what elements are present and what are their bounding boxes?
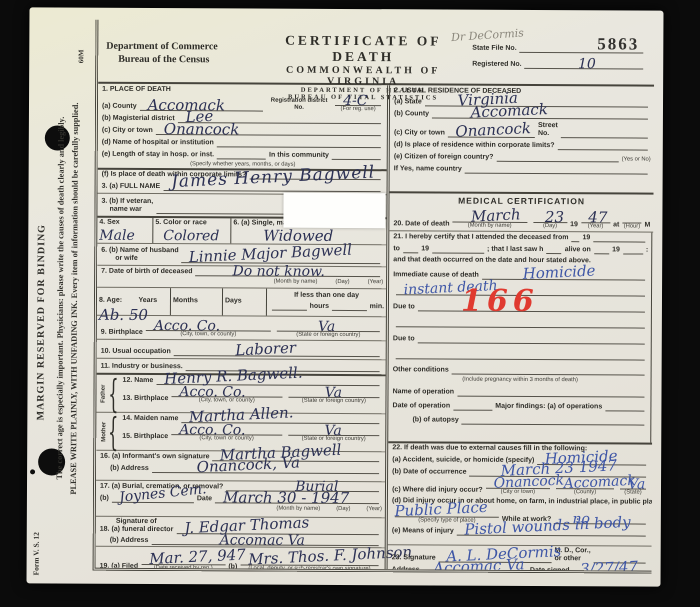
- dob-day-note: (Day): [335, 279, 349, 285]
- section-21: 166 21. I hereby certify that I attended…: [388, 231, 653, 444]
- to-line: [403, 244, 418, 253]
- residence-corporate-line: [558, 141, 648, 150]
- name-country-label: If Yes, name country: [394, 165, 462, 173]
- days-label: Days: [225, 297, 242, 304]
- file-number-block: Dr DeCormis State File No. 5863 Register…: [472, 34, 650, 77]
- birthplace-label: 9. Birthplace: [101, 329, 143, 337]
- certifier-addr-line: Accomac Va: [423, 566, 527, 571]
- means-line: Pistol wounds in body: [457, 527, 646, 537]
- ink-dot: [30, 469, 35, 474]
- age-less-field: If less than one day hours min.: [267, 289, 386, 317]
- name-country-row: If Yes, name country: [390, 163, 654, 176]
- city-label: (c) City or town: [102, 127, 153, 135]
- filed-row: 19. (a) Filed Mar. 27, 947 (Date receive…: [96, 547, 385, 571]
- father-birthplace-row: 13. Birthplace Acco. Co. (City, town, or…: [118, 387, 385, 406]
- father-bp-city-stack: Acco. Co. (City, town, or county): [168, 388, 285, 404]
- min-label: min.: [370, 303, 384, 311]
- due-blank-line2: [396, 350, 645, 360]
- birthplace-value: Acco. Co.: [154, 319, 220, 333]
- occupation-row: 10. Usual occupation Laborer: [97, 340, 386, 361]
- date-of-death-row: 20. Date of death March (Month by name) …: [389, 205, 653, 232]
- county-label: (a) County: [102, 103, 137, 111]
- father-label: Father: [101, 384, 107, 402]
- injury-state-stack: Va (State): [617, 480, 649, 495]
- death-month-stack: March (Month by name): [449, 214, 530, 229]
- street-label1: Street: [538, 122, 558, 130]
- margin-instructions-line2: The correct age is especially important.…: [55, 25, 67, 570]
- street-label2: No.: [538, 130, 549, 138]
- residence-city-row: (c) City or town Onancock Street No.: [390, 120, 654, 140]
- residence-city-line: Onancock: [448, 129, 535, 138]
- age-months-field: Months: [171, 288, 223, 315]
- informant-address-row: (b) Address Onancock, Va: [96, 463, 385, 477]
- hours-min-row: hours min.: [269, 300, 384, 312]
- op-date-label: Date of operation: [393, 402, 451, 410]
- registrar-line: Mrs. Thos. F. Johnson: [240, 556, 378, 566]
- burial-place-line: Joynes Cem.: [112, 494, 194, 503]
- due-blank-row2: [389, 349, 651, 362]
- min-line: [332, 302, 367, 311]
- injury-place-line: Public Place: [395, 508, 499, 518]
- father-bp-state: Va: [325, 386, 342, 400]
- informant-block: 16. (a) Informant's own signature Martha…: [96, 451, 385, 483]
- occupation-line: Laborer: [174, 347, 380, 357]
- scanned-death-certificate: 60M MARGIN RESERVED FOR BINDING PLEASE W…: [0, 0, 700, 607]
- birthplace-city-stack: Acco. Co. (City, town, or county): [143, 322, 274, 338]
- injury-county-line: Accomack: [556, 480, 614, 489]
- burial-year-note: (Year): [366, 506, 382, 512]
- burial-date-value: March 30 - 1947: [223, 490, 349, 506]
- city-value: Onancock: [164, 122, 240, 137]
- street-line: [561, 129, 648, 138]
- certify2-nineteen: 19: [421, 245, 429, 253]
- certify-line1-blank: [571, 233, 579, 242]
- informant-addr-value: Onancock, Va: [196, 455, 300, 475]
- dob-row: 7. Date of birth of deceased Do not know…: [97, 266, 386, 290]
- state-file-number: 5863: [597, 34, 639, 54]
- mother-bp-state-stack: Va (State or foreign country): [285, 427, 382, 443]
- residence-county-value: Accomack: [470, 102, 548, 121]
- death-year-stack: 47 (Year): [578, 214, 613, 229]
- age-years-field: 8. Age: Years Ab. 50: [97, 288, 171, 315]
- death-day-value: 23: [545, 210, 564, 225]
- injury-where-label: (c) Where did injury occur?: [392, 486, 483, 495]
- due-to-label2: Due to: [393, 335, 415, 343]
- injury-state-line: Va: [620, 480, 646, 489]
- funeral-addr-label: (b) Address: [100, 537, 149, 545]
- findings-line: [605, 402, 644, 411]
- certify3-year-line: [623, 245, 643, 254]
- dob-line: Do not know.: [196, 267, 381, 277]
- sex-field: 4. Sex Male: [97, 218, 153, 243]
- op-name-label: Name of operation: [393, 388, 454, 396]
- filed-date-line: Mar. 27, 947: [141, 556, 225, 565]
- community-line: [332, 151, 381, 160]
- residence-state-label: (a) State: [394, 98, 422, 106]
- name-country-line: [465, 165, 648, 175]
- months-label: Months: [173, 297, 198, 304]
- county-of-death-row: (a) County Accomack Registration distric…: [98, 95, 387, 115]
- death-hour-note: (Hour): [624, 223, 640, 229]
- death-hour-line: [622, 214, 641, 223]
- op-date-row: Date of operation Major findings: (a) of…: [389, 400, 651, 413]
- death-hour-stack: (Hour): [619, 214, 644, 229]
- sex-label: 4. Sex: [99, 219, 150, 227]
- death-month-line: March: [453, 214, 527, 223]
- birthplace-state-line: Va: [277, 323, 380, 333]
- residence-county-line: Accomack: [432, 110, 648, 120]
- certificate-title: CERTIFICATE OF DEATH: [254, 33, 472, 66]
- due-to-label1: Due to: [393, 303, 415, 311]
- findings-label: Major findings: (a) of operations: [495, 403, 602, 412]
- funeral-sig-label2: 18. (a) funeral director: [100, 526, 174, 534]
- age-value: Ab. 50: [99, 308, 148, 323]
- injury-city-stack: Onancock (City or town): [483, 480, 553, 495]
- immediate-cause-line: Homicide: [482, 271, 645, 281]
- father-side: Father {: [96, 375, 118, 412]
- burial-b-label: (b): [100, 495, 109, 503]
- dob-value: Do not know.: [232, 264, 324, 278]
- autopsy-line: [462, 416, 645, 426]
- op-name-row: Name of operation: [389, 386, 651, 399]
- autopsy-label: (b) of autopsy: [392, 416, 458, 424]
- mother-bp-line: Acco. Co.: [171, 426, 282, 436]
- registered-no-line: 10: [525, 60, 644, 70]
- hospital-line: [217, 138, 381, 148]
- birthplace-line: Acco. Co.: [146, 322, 271, 332]
- registration-district: Registration district No.: [266, 98, 332, 112]
- section21-main: 166 21. I hereby certify that I attended…: [388, 231, 651, 442]
- filed-b-label: (b): [228, 563, 237, 570]
- mother-name-label: 14. Maiden name: [122, 415, 178, 423]
- residence-city-label: (c) City or town: [394, 129, 445, 137]
- community-label: In this community: [269, 152, 329, 160]
- autopsy-row: (b) of autopsy: [388, 414, 650, 427]
- death-year-value: 47: [588, 210, 607, 225]
- date-signed-line: 3/27/47: [573, 566, 646, 570]
- father-name-label: 12. Name: [123, 377, 154, 385]
- registered-no-value: 10: [578, 57, 596, 71]
- injury-place-value: Public Place: [394, 500, 488, 519]
- filed-date-stack: Mar. 27, 947 (Date received by reg.): [138, 556, 228, 571]
- certifier-addr-label: Address: [392, 566, 420, 570]
- mother-birthplace-row: 15. Birthplace Acco. Co. (City, town or …: [118, 425, 385, 444]
- father-bp-value: Acco. Co.: [179, 385, 245, 399]
- hours-line: [272, 302, 307, 311]
- cause-code-166: 166: [461, 284, 539, 319]
- residence-county-label: (b) County: [394, 110, 429, 118]
- last-saw-line: [546, 245, 561, 254]
- certify-row3: and that death occurred on the date and …: [389, 255, 651, 267]
- veteran-label1: 3. (b) If veteran,: [101, 198, 153, 206]
- funeral-addr-line: Accomac Va: [151, 536, 379, 546]
- veteran-label2: name war: [101, 206, 141, 214]
- citizen-note: (Yes or No): [622, 157, 651, 163]
- dept-line1: Department of Commerce: [106, 40, 254, 54]
- colon: :: [646, 247, 648, 255]
- birthplace-state-stack: Va (State or foreign country): [274, 323, 383, 339]
- alive-on-label: alive on: [565, 246, 591, 254]
- margin-instructions-line1: PLEASE WRITE PLAINLY, WITH UNFADING INK.…: [69, 26, 81, 571]
- death-day-line: 23: [533, 214, 567, 223]
- due-to-line2: [418, 334, 645, 344]
- mother-brace: {: [108, 408, 118, 454]
- other-conditions-label: Other conditions: [393, 366, 449, 374]
- right-column: 2. USUAL RESIDENCE OF DECEASED (a) State…: [385, 85, 654, 570]
- pencil-annotation: Dr DeCormis: [451, 27, 527, 81]
- registrar-stack: Mrs. Thos. F. Johnson (Local, deputy, or…: [237, 556, 381, 570]
- m-label: M: [644, 222, 650, 230]
- district-label: Registration district No.: [266, 98, 332, 112]
- spouse-value: Linnie Major Bagwell: [189, 243, 353, 266]
- certify1-nineteen: 19: [582, 234, 590, 242]
- age-row: 8. Age: Years Ab. 50 Months Days If less…: [97, 288, 386, 318]
- certify3-nineteen: 19: [612, 246, 620, 254]
- sex-value: Male: [99, 229, 135, 243]
- burial-date-line: March 30 - 1947: [215, 494, 379, 504]
- birthplace-state: Va: [318, 320, 335, 334]
- father-bp-state-stack: Va (State or foreign country): [285, 389, 382, 405]
- mother-side: Mother {: [96, 413, 118, 450]
- filed-label: 19. (a) Filed: [100, 563, 139, 571]
- full-name-label: 3. (a) FULL NAME: [102, 183, 161, 191]
- certify-line1: 21. I hereby certify that I attended the…: [393, 233, 568, 242]
- binding-margin: 60M MARGIN RESERVED FOR BINDING PLEASE W…: [26, 7, 95, 583]
- stay-label: (e) Length of stay in hosp. or inst.: [102, 151, 214, 160]
- informant-addr-label: (b) Address: [100, 465, 149, 473]
- state-file-line: 5863: [520, 44, 644, 54]
- age-label: 8. Age:: [99, 297, 122, 304]
- dob-label: 7. Date of birth of deceased: [101, 268, 192, 277]
- date-of-death-label: 20. Date of death: [393, 220, 449, 228]
- injury-state-value: Va: [628, 478, 645, 492]
- father-bp-label: 13. Birthplace: [122, 395, 168, 403]
- dob-year-note: (Year): [368, 279, 384, 285]
- mother-bp-value: Acco. Co.: [179, 423, 245, 437]
- funeral-director-block: Signature of 18. (a) funeral director J.…: [96, 517, 385, 549]
- death-year-line: 47: [581, 214, 610, 223]
- mother-bp-label: 15. Birthplace: [122, 433, 168, 441]
- other-conditions-note: (Include pregnancy within 3 months of de…: [462, 377, 578, 384]
- occurrence-date-label: (b) Date of occurrence: [392, 468, 466, 476]
- to-label: to: [393, 245, 400, 253]
- means-label: (e) Means of injury: [392, 527, 454, 535]
- occupation-label: 10. Usual occupation: [101, 348, 171, 356]
- hospital-label: (d) Name of hospital or institution: [102, 139, 214, 148]
- redaction-box: [283, 193, 385, 229]
- mother-bp-city-stack: Acco. Co. (City, town or county): [168, 426, 285, 442]
- less-than-day-label: If less than one day: [269, 290, 384, 301]
- form-number: Form V. S. 12: [32, 495, 41, 575]
- father-bp-line: Acco. Co.: [171, 388, 282, 398]
- citizen-line: [496, 153, 618, 163]
- left-column: 1. PLACE OF DEATH (a) County Accomack Re…: [96, 84, 388, 570]
- residence-corporate-label: (d) Is place of residence within corpora…: [394, 141, 555, 150]
- stay-line: [217, 150, 266, 159]
- other-conditions-line: [452, 366, 645, 376]
- certify2-year-line: [432, 244, 484, 253]
- last-saw-label: ; that I last saw h: [487, 246, 543, 254]
- veteran-label-stack: 3. (b) If veteran, name war: [101, 198, 153, 214]
- burial-block: 17. (a) Burial, cremation, or removal? B…: [96, 481, 385, 519]
- year-prefix: 19: [570, 221, 578, 229]
- mother-bp-state: Va: [325, 424, 342, 438]
- race-field: 5. Color or race Colored: [153, 218, 231, 243]
- section-residence: 2. USUAL RESIDENCE OF DECEASED (a) State…: [390, 85, 654, 194]
- funeral-sig-label-stack: Signature of 18. (a) funeral director: [100, 518, 174, 534]
- date-signed-value: 3/27/47: [580, 560, 638, 571]
- due-to-row2: Due to: [389, 333, 651, 346]
- section-external-causes: 22. If death was due to external causes …: [388, 443, 652, 546]
- mother-label: Mother: [101, 421, 107, 441]
- injury-where-row: (c) Where did injury occur? Onancock (Ci…: [388, 478, 652, 497]
- op-name-line: [457, 388, 644, 398]
- occupation-value: Laborer: [235, 341, 296, 359]
- certifier-address-row: Address Accomac Va Date signed 3/27/47: [388, 564, 652, 570]
- certifier-block: 23. Signature A. L. DeCormis M. D., Cor.…: [388, 545, 652, 570]
- means-of-injury-row: (e) Means of injury Pistol wounds in bod…: [388, 525, 652, 538]
- form-header: Department of Commerce Bureau of the Cen…: [98, 20, 654, 87]
- city-line: Onancock: [156, 126, 381, 136]
- residence-city-value: Onancock: [455, 121, 531, 140]
- father-bp-state-line: Va: [288, 389, 379, 398]
- mother-bp-state-line: Va: [288, 427, 379, 436]
- spouse-label2: or wife: [101, 255, 138, 263]
- alive-on-line: [594, 245, 609, 254]
- funeral-sig-label1: Signature of: [100, 518, 157, 526]
- district-value-stack: 4-C (For reg. use): [332, 97, 384, 112]
- form-columns: 1. PLACE OF DEATH (a) County Accomack Re…: [96, 84, 655, 571]
- certifier-sig-label: 23. Signature: [392, 554, 436, 562]
- issuing-department: Department of Commerce Bureau of the Cen…: [106, 32, 254, 67]
- due-blank-row1: [389, 317, 651, 330]
- years-label: Years: [126, 297, 157, 304]
- death-month-value: March: [470, 207, 520, 224]
- due-blank-line1: [396, 318, 645, 328]
- other-note-row: (Include pregnancy within 3 months of de…: [389, 376, 651, 385]
- certificate-form: Department of Commerce Bureau of the Cen…: [93, 20, 655, 574]
- death-day-stack: 23 (Day): [530, 214, 570, 229]
- informant-addr-line: Onancock, Va: [152, 464, 380, 474]
- injury-city-line: Onancock: [486, 480, 550, 489]
- section-place-of-death: 1. PLACE OF DEATH (a) County Accomack Re…: [98, 84, 388, 172]
- immediate-cause-value: Homicide: [522, 264, 595, 282]
- certificate-paper: 60M MARGIN RESERVED FOR BINDING PLEASE W…: [26, 7, 663, 586]
- filed-date-value: Mar. 27, 947: [148, 547, 245, 567]
- margin-binding-note: MARGIN RESERVED FOR BINDING: [35, 197, 47, 447]
- date-signed-label: Date signed: [530, 567, 570, 571]
- street-label-stack: Street No.: [538, 122, 558, 138]
- injury-city-value: Onancock: [493, 474, 564, 491]
- dept-line2: Bureau of the Census: [106, 53, 254, 67]
- age-days-field: Days: [223, 288, 267, 315]
- injury-county-stack: Accomack (County): [553, 480, 617, 495]
- race-label: 5. Color or race: [155, 219, 228, 227]
- certifier-addr-value: Accomac Va: [432, 557, 524, 570]
- spouse-label-stack: 6. (b) Name of husband or wife: [101, 247, 178, 263]
- district-value: 4-C: [343, 94, 367, 108]
- race-value: Colored: [155, 229, 219, 243]
- op-date-line: [453, 402, 492, 411]
- certify1-year-line: [593, 233, 645, 242]
- hours-label: hours: [310, 303, 329, 311]
- citizen-label: (e) Citizen of foreign country?: [394, 153, 494, 162]
- district-line: 4-C: [335, 97, 381, 106]
- full-name-line: James Henry Bagwell: [163, 182, 381, 192]
